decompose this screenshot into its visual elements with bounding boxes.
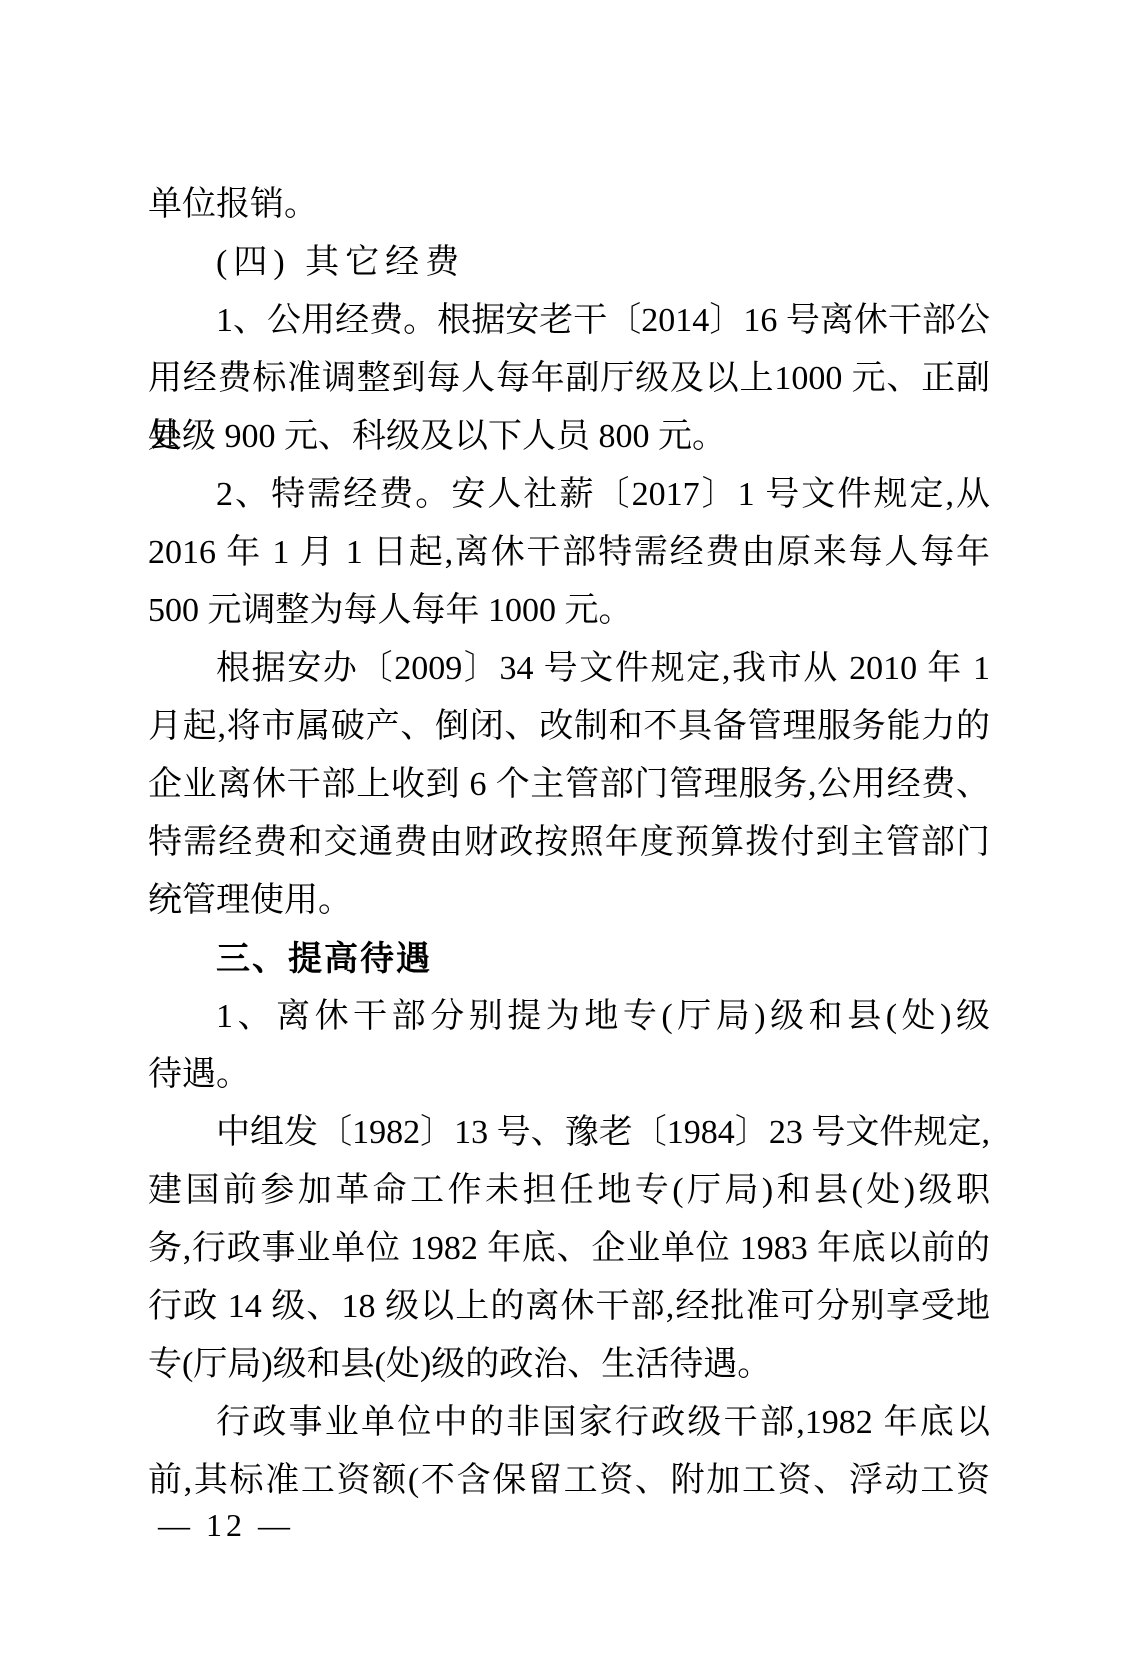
subsection-heading: (四) 其它经费 [148,234,990,292]
text-line: 行政事业单位中的非国家行政级干部,1982 年底以 [148,1394,990,1452]
text-line: 务,行政事业单位 1982 年底、企业单位 1983 年底以前的 [148,1220,990,1278]
text-line: 特需经费和交通费由财政按照年度预算拨付到主管部门统 [148,814,990,872]
text-line: 用经费标准调整到每人每年副厅级及以上1000 元、正副县 [148,350,990,408]
text-line: 企业离休干部上收到 6 个主管部门管理服务,公用经费、 [148,756,990,814]
text-line: 1、离休干部分别提为地专(厅局)级和县(处)级 [148,988,990,1046]
text-line: 建国前参加革命工作未担任地专(厅局)和县(处)级职 [148,1162,990,1220]
text-line: 专(厅局)级和县(处)级的政治、生活待遇。 [148,1336,990,1394]
text-line: 1、公用经费。根据安老干〔2014〕16 号离休干部公 [148,292,990,350]
page-number: — 12 — [158,1506,294,1544]
document-body: 单位报销。 (四) 其它经费 1、公用经费。根据安老干〔2014〕16 号离休干… [148,176,990,1510]
text-line: 中组发〔1982〕13 号、豫老〔1984〕23 号文件规定, [148,1104,990,1162]
text-line: 2016 年 1 月 1 日起,离休干部特需经费由原来每人每年 [148,524,990,582]
text-line: 行政 14 级、18 级以上的离休干部,经批准可分别享受地 [148,1278,990,1336]
text-line: 根据安办〔2009〕34 号文件规定,我市从 2010 年 1 [148,640,990,698]
text-line: 月起,将市属破产、倒闭、改制和不具备管理服务能力的 [148,698,990,756]
document-page: 单位报销。 (四) 其它经费 1、公用经费。根据安老干〔2014〕16 号离休干… [0,0,1142,1654]
text-line: 2、特需经费。安人社薪〔2017〕1 号文件规定,从 [148,466,990,524]
text-line: 一管理使用。 [148,872,990,930]
text-line: 处级 900 元、科级及以下人员 800 元。 [148,408,990,466]
text-line: 前,其标准工资额(不含保留工资、附加工资、浮动工资 [148,1452,990,1510]
text-line: 500 元调整为每人每年 1000 元。 [148,582,990,640]
text-line: 待遇。 [148,1046,990,1104]
text-line: 单位报销。 [148,176,990,234]
section-heading: 三、提高待遇 [148,930,990,988]
